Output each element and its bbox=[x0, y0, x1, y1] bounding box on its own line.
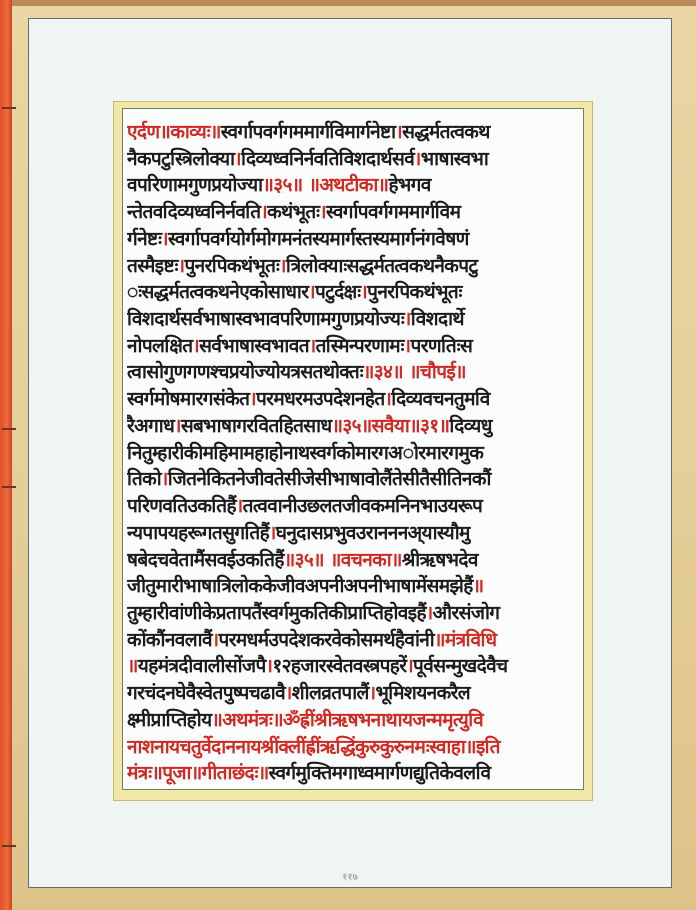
rubric-text: । bbox=[404, 308, 411, 330]
body-text: जीतुमारीभाषात्रिलोककेजीवअपनीअपनीभाषामेंस… bbox=[127, 575, 473, 597]
body-text: स्वर्गमोषमारगसंकेत bbox=[127, 388, 249, 410]
text-line: न्तेतवदिव्यध्वनिर्नवति।कथंभूतः।स्वर्गापव… bbox=[127, 199, 579, 226]
body-text: श्रीऋषभदेव bbox=[402, 549, 478, 571]
body-text: जितनेकितनेजीवतेसीजेसीभाषावोलैंतेसीतैसीति… bbox=[168, 468, 491, 490]
body-text: नैकपटुस्त्रिलोक्या bbox=[127, 148, 234, 170]
rubric-text: ॥३५॥ ॥वचनका॥ bbox=[284, 549, 402, 571]
text-line: र्गनेष्टः।स्वर्गापवर्गयोर्गमोगमनंतस्यमार… bbox=[127, 226, 579, 253]
text-line: रैअगाध।सबभाषागरवितहितसाध॥३५॥सवैया॥३१॥दिव… bbox=[127, 413, 579, 440]
body-text: भाषास्वभा bbox=[421, 148, 488, 170]
rubric-text: । bbox=[161, 228, 168, 250]
body-text: तिको bbox=[127, 468, 161, 490]
body-text: गरचंदनघेवैस्वेतपुष्पचढावै bbox=[127, 682, 285, 704]
text-line: नाशनायचतुर्वेदाननायश्रींक्लींह्रींऋद्धिं… bbox=[127, 734, 579, 761]
text-line: ःसद्धर्मतत्वकथनेएकोसाधार।पटुर्दक्षः।पुनर… bbox=[127, 279, 579, 306]
body-text: वपरिणामगुणप्रयोज्या bbox=[127, 174, 262, 196]
body-text: परमधरमउपदेशनहेत bbox=[256, 388, 385, 410]
body-text: न्तेतवदिव्यध्वनिर्नवति bbox=[127, 201, 260, 223]
text-line: विशदार्थसर्वभाषास्वभावपरिणामगुणप्रयोज्यः… bbox=[127, 306, 579, 333]
body-text: तुम्हारीवांणीकेप्रतापतैंस्वर्गमुकतिकीप्र… bbox=[127, 602, 426, 624]
text-line: नैकपटुस्त्रिलोक्या।दिव्यध्वनिर्नवतिविशदा… bbox=[127, 146, 579, 173]
rubric-text: ॥३४॥ ॥चौपई॥ bbox=[363, 361, 466, 383]
rubric-text: । bbox=[308, 281, 315, 303]
body-text: दिव्यध्वनिर्नवतिविशदार्थसर्व bbox=[241, 148, 414, 170]
body-text: कथंभूतः bbox=[267, 201, 319, 223]
page-number: ११७ bbox=[29, 869, 671, 883]
text-line: गरचंदनघेवैस्वेतपुष्पचढावै।शीलव्रतपालैं।भ… bbox=[127, 680, 579, 707]
body-text: नोपलक्षित bbox=[127, 335, 193, 357]
binding-stitch bbox=[2, 107, 16, 109]
rubric-text: । bbox=[404, 335, 411, 357]
rubric-text: । bbox=[212, 629, 219, 651]
body-text: सद्धर्मतत्वकथ bbox=[402, 121, 490, 143]
rubric-text: । bbox=[269, 522, 276, 544]
body-text: पुनरपिकथंभूतः bbox=[184, 255, 279, 277]
binding-stitch bbox=[2, 428, 16, 430]
rubric-text: । bbox=[426, 602, 433, 624]
text-line: त्वासोगुणगणश्चप्रयोज्योयत्रसतथोक्तः॥३४॥ … bbox=[127, 359, 579, 386]
rubric-text: ॥३५॥सवैया॥३१॥ bbox=[332, 415, 450, 437]
body-text: दिव्यधु bbox=[449, 415, 491, 437]
body-text: नितुम्हारीकीमहिमामहाहोनाथस्वर्गकोमारगअोर… bbox=[127, 442, 483, 464]
rubric-text: । bbox=[285, 682, 292, 704]
rubric-text: । bbox=[279, 255, 286, 277]
text-area: एर्दण॥काव्यः॥स्वर्गापवर्गगममार्गविमार्गन… bbox=[122, 108, 584, 790]
body-text: क्ष्मीप्राप्तिहोय bbox=[127, 709, 212, 731]
text-line: परिणवतिउकतिहैं।तत्ववानीउछलतजीवकमनिनभाउयर… bbox=[127, 493, 579, 520]
body-text: परणतिःस bbox=[411, 335, 473, 357]
rubric-text: । bbox=[236, 495, 243, 517]
body-text: पुनरपिकथंभूतः bbox=[367, 281, 462, 303]
body-text: विशदार्थसर्वभाषास्वभावपरिणामगुणप्रयोज्यः bbox=[127, 308, 404, 330]
body-text: त्वासोगुणगणश्चप्रयोज्योयत्रसतथोक्तः bbox=[127, 361, 363, 383]
body-text: न्यपापयहरूगतसुगतिहैं bbox=[127, 522, 269, 544]
text-line: तुम्हारीवांणीकेप्रतापतैंस्वर्गमुकतिकीप्र… bbox=[127, 600, 579, 627]
body-text: १२हजारस्वेतवस्त्रपहरें bbox=[272, 655, 406, 677]
text-line: न्यपापयहरूगतसुगतिहैं।घनुदासप्रभुवउरानननअ… bbox=[127, 520, 579, 547]
rubric-text: ॥ bbox=[127, 655, 138, 677]
body-text: तस्मैइष्टः bbox=[127, 255, 178, 277]
rubric-text: ॥अथमंत्रः॥ॐह्रींश्रीऋषभनाथायजन्ममृत्युवि bbox=[212, 709, 484, 731]
rubric-text: मंत्रः॥पूजा॥गीताछंदः॥ bbox=[127, 762, 269, 784]
body-text: यहमंत्रदीवालीसोंजपै bbox=[138, 655, 266, 677]
body-text: परिणवतिउकतिहैं bbox=[127, 495, 236, 517]
rubric-text: ॥ bbox=[473, 575, 484, 597]
text-line: स्वर्गमोषमारगसंकेत।परमधरमउपदेशनहेत।दिव्य… bbox=[127, 386, 579, 413]
body-text: स्वर्गापवर्गगममार्गविम bbox=[326, 201, 460, 223]
rubric-text: । bbox=[309, 335, 316, 357]
body-text: तत्ववानीउछलतजीवकमनिनभाउयरूप bbox=[243, 495, 483, 517]
rubric-text: । bbox=[249, 388, 256, 410]
body-text: पटुर्दक्षः bbox=[315, 281, 361, 303]
body-text: तस्मिन्परणामः bbox=[316, 335, 404, 357]
text-line: ॥यहमंत्रदीवालीसोंजपै।१२हजारस्वेतवस्त्रपह… bbox=[127, 653, 579, 680]
body-text: दिव्यवचनतुमवि bbox=[391, 388, 490, 410]
top-edge bbox=[12, 0, 696, 6]
rubric-text: नाशनायचतुर्वेदाननायश्रींक्लींह्रींऋद्धिं… bbox=[127, 736, 500, 758]
rubric-text: एर्दण॥काव्यः॥ bbox=[127, 121, 221, 143]
body-text: स्वर्गमुक्तिमगाध्वमार्गणद्युतिकेवलवि bbox=[269, 762, 491, 784]
body-text: ःसद्धर्मतत्वकथनेएकोसाधार bbox=[127, 281, 308, 303]
text-line: नोपलक्षित।सर्वभाषास्वभावत।तस्मिन्परणामः।… bbox=[127, 333, 579, 360]
body-text: भूमिशयनकरैल bbox=[375, 682, 470, 704]
binding-stitch bbox=[2, 486, 16, 488]
rubric-text: । bbox=[174, 415, 181, 437]
body-text: सबभाषागरवितहितसाध bbox=[181, 415, 332, 437]
body-text: कोंकौंनवलावैं bbox=[127, 629, 212, 651]
text-line: कोंकौंनवलावैं।परमधर्मउपदेशकरवेकोसमर्थहैव… bbox=[127, 627, 579, 654]
body-text: घनुदासप्रभुवउरानननअ्यास्यौमु bbox=[276, 522, 470, 544]
body-text: त्रिलोक्याःसद्धर्मतत्वकथनैकपटु bbox=[286, 255, 478, 277]
rubric-text: । bbox=[161, 468, 168, 490]
body-text: स्वर्गापवर्गयोर्गमोगमनंतस्यमार्गस्तस्यमा… bbox=[168, 228, 469, 250]
binding-strip bbox=[0, 0, 12, 910]
body-text: सर्वभाषास्वभावत bbox=[199, 335, 309, 357]
text-line: नितुम्हारीकीमहिमामहाहोनाथस्वर्गकोमारगअोर… bbox=[127, 440, 579, 467]
text-line: तस्मैइष्टः।पुनरपिकथंभूतः।त्रिलोक्याःसद्ध… bbox=[127, 253, 579, 280]
binding-stitch bbox=[2, 845, 16, 847]
rubric-text: ॥३५॥ ॥अथटीका॥ bbox=[262, 174, 388, 196]
body-text: षबेदचवेतामैंसवईउकतिहैं bbox=[127, 549, 284, 571]
text-line: मंत्रः॥पूजा॥गीताछंदः॥स्वर्गमुक्तिमगाध्वम… bbox=[127, 760, 579, 787]
rubric-text: । bbox=[414, 148, 421, 170]
rubric-text: ॥मंत्रविधि bbox=[434, 629, 496, 651]
text-line: क्ष्मीप्राप्तिहोय॥अथमंत्रः॥ॐह्रींश्रीऋषभ… bbox=[127, 707, 579, 734]
body-text: पूर्वसन्मुखदेवैच bbox=[413, 655, 507, 677]
body-text: परमधर्मउपदेशकरवेकोसमर्थहैवांनी bbox=[219, 629, 435, 651]
manuscript-page: एर्दण॥काव्यः॥स्वर्गापवर्गगममार्गविमार्गन… bbox=[28, 18, 672, 888]
text-line: तिको।जितनेकितनेजीवतेसीजेसीभाषावोलैंतेसीत… bbox=[127, 466, 579, 493]
text-line: एर्दण॥काव्यः॥स्वर्गापवर्गगममार्गविमार्गन… bbox=[127, 119, 579, 146]
body-text: शीलव्रतपालैं bbox=[292, 682, 369, 704]
body-text: रैअगाध bbox=[127, 415, 174, 437]
text-frame: एर्दण॥काव्यः॥स्वर्गापवर्गगममार्गविमार्गन… bbox=[113, 101, 593, 801]
body-text: हेभगव bbox=[388, 174, 430, 196]
body-text: र्गनेष्टः bbox=[127, 228, 161, 250]
text-line: जीतुमारीभाषात्रिलोककेजीवअपनीअपनीभाषामेंस… bbox=[127, 573, 579, 600]
body-text: स्वर्गापवर्गगममार्गविमार्गनेष्टा bbox=[221, 121, 396, 143]
body-text: औरसंजोग bbox=[433, 602, 500, 624]
text-line: वपरिणामगुणप्रयोज्या॥३५॥ ॥अथटीका॥हेभगव bbox=[127, 172, 579, 199]
body-text: विशदार्थे bbox=[411, 308, 464, 330]
text-line: षबेदचवेतामैंसवईउकतिहैं॥३५॥ ॥वचनका॥श्रीऋष… bbox=[127, 547, 579, 574]
